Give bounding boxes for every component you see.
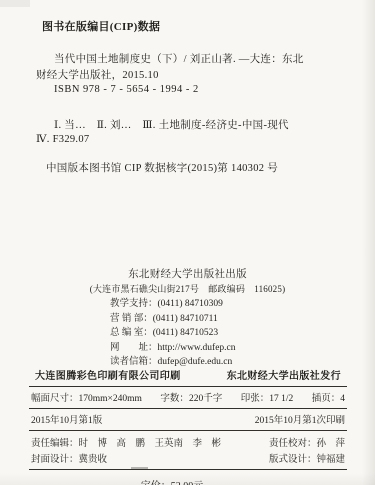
spec-label: 插页： — [312, 394, 341, 404]
spec-value: 220千字 — [189, 394, 222, 404]
contact-label: 网 址： — [110, 343, 158, 353]
spec-value: 4 — [340, 394, 345, 404]
cover-designer-name: 冀贵收 — [79, 455, 108, 465]
contact-label: 营 销 部： — [110, 314, 153, 324]
cip-record-number: 中国版本图书馆 CIP 数据核字(2015)第 140302 号 — [46, 160, 278, 175]
copyright-page: 图书在版编目(CIP)数据 当代中国土地制度史（下）/ 刘正山著. —大连：东北… — [0, 0, 375, 485]
spec-sheets: 印张：17 1/2 — [241, 390, 294, 404]
contact-teaching-support: 教学支持：(0411) 84710309 — [110, 297, 236, 312]
spec-label: 字数： — [160, 394, 189, 404]
website-url: http://www.dufep.cn — [158, 343, 236, 353]
isbn: ISBN 978 - 7 - 5654 - 1994 - 2 — [54, 84, 199, 95]
divider — [29, 469, 347, 470]
edition-statement: 2015年10月第1版 — [31, 412, 102, 426]
scan-artifact-dash — [131, 467, 148, 469]
editors-row: 责任编辑：时 博 高 鹏 王英南 李 彬 责任校对：孙 萍 — [29, 431, 347, 450]
cover-designer: 封面设计：冀贵收 — [31, 451, 107, 465]
contact-label: 教学支持： — [110, 299, 158, 309]
printer-distributor-row: 大连图腾彩色印刷有限公司印刷 东北财经大学出版社发行 — [29, 366, 347, 386]
responsible-editors: 责任编辑：时 博 高 鹏 王英南 李 彬 — [31, 435, 221, 449]
contact-marketing-dept: 营 销 部：(0411) 84710711 — [110, 312, 236, 327]
spec-label: 幅面尺寸： — [31, 394, 79, 404]
role-label: 封面设计： — [31, 455, 79, 465]
classification-line1: Ⅰ. 当… Ⅱ. 刘… Ⅲ. 土地制度-经济史-中国-现代 — [54, 117, 289, 132]
printing-statement: 2015年10月第1次印刷 — [255, 412, 345, 426]
spec-label: 印张： — [241, 394, 270, 404]
cip-heading: 图书在版编目(CIP)数据 — [42, 18, 160, 34]
contact-website: 网 址：http://www.dufep.cn — [110, 341, 236, 356]
contact-phone: (0411) 84710711 — [153, 314, 218, 324]
scan-shading-right-edge — [362, 0, 375, 485]
proofreader-name: 孙 萍 — [316, 439, 345, 449]
spec-value: 170mm×240mm — [79, 394, 142, 404]
layout-designer-name: 钟福建 — [316, 455, 345, 465]
publisher-address: (大连市黑石礁尖山街217号 邮政编码 116025) — [0, 282, 375, 295]
role-label: 版式设计： — [269, 455, 317, 465]
colophon-table: 大连图腾彩色印刷有限公司印刷 东北财经大学出版社发行 幅面尺寸：170mm×24… — [29, 366, 347, 485]
edition-row: 2015年10月第1版 2015年10月第1次印刷 — [29, 409, 347, 430]
printer-name: 大连图腾彩色印刷有限公司印刷 — [35, 367, 181, 382]
spec-word-count: 字数：220千字 — [160, 390, 222, 404]
specs-row: 幅面尺寸：170mm×240mm 字数：220千字 印张：17 1/2 插页：4 — [29, 387, 347, 408]
editor-names: 时 博 高 鹏 王英南 李 彬 — [79, 439, 222, 449]
scan-shading-bottom-edge — [0, 473, 375, 485]
contact-phone: (0411) 84710523 — [153, 328, 218, 338]
title-statement-line1: 当代中国土地制度史（下）/ 刘正山著. —大连：东北 — [54, 51, 304, 66]
classification-line2: Ⅳ. F329.07 — [36, 133, 89, 145]
proofreader: 责任校对：孙 萍 — [269, 435, 345, 449]
contact-editorial-office: 总 编 室：(0411) 84710523 — [110, 326, 236, 341]
layout-designer: 版式设计：钟福建 — [269, 451, 345, 465]
design-row: 封面设计：冀贵收 版式设计：钟福建 — [29, 450, 347, 469]
role-label: 责任校对： — [269, 439, 317, 449]
distributor-name: 东北财经大学出版社发行 — [227, 367, 341, 382]
spec-value: 17 1/2 — [269, 394, 293, 404]
contact-phone: (0411) 84710309 — [158, 299, 223, 309]
role-label: 责任编辑： — [31, 439, 79, 449]
publisher-imprint: 东北财经大学出版社出版 — [0, 266, 375, 281]
spec-inserts: 插页：4 — [312, 390, 345, 404]
spec-trim-size: 幅面尺寸：170mm×240mm — [31, 390, 142, 404]
scan-shading-top-left — [0, 0, 30, 7]
contact-label: 总 编 室： — [110, 328, 153, 338]
title-statement-line2: 财经大学出版社，2015.10 — [36, 67, 159, 82]
publisher-contacts: 教学支持：(0411) 84710309 营 销 部：(0411) 847107… — [110, 297, 236, 370]
